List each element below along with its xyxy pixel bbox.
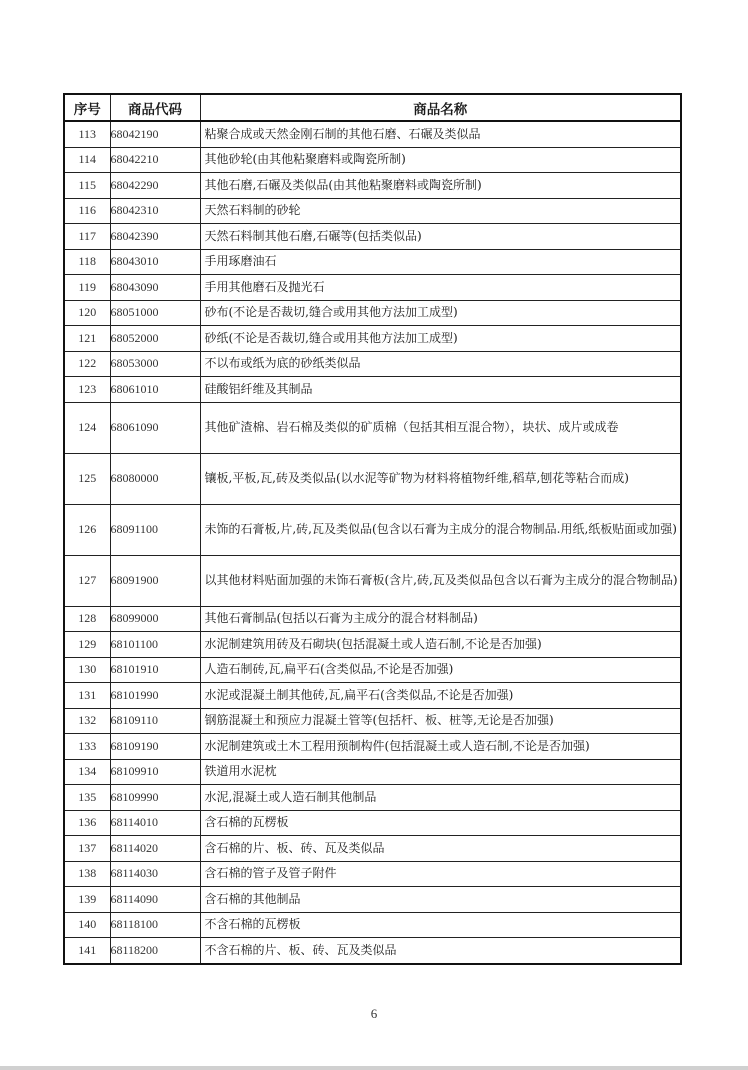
goods-code-cell: 68091900	[110, 555, 200, 606]
goods-name-cell: 天然石料制的砂轮	[200, 198, 681, 224]
goods-code-cell: 68080000	[110, 453, 200, 504]
serial-number-cell: 139	[64, 887, 110, 913]
goods-code-cell: 68118200	[110, 938, 200, 964]
goods-name-cell: 手用琢磨油石	[200, 249, 681, 275]
goods-code-cell: 68114030	[110, 861, 200, 887]
goods-code-cell: 68043090	[110, 275, 200, 301]
table-row: 13368109190水泥制建筑或土木工程用预制构件(包括混凝土或人造石制,不论…	[64, 734, 681, 760]
goods-name-cell: 天然石料制其他石磨,石碾等(包括类似品)	[200, 224, 681, 250]
serial-number-cell: 113	[64, 121, 110, 147]
table-row: 13468109910铁道用水泥枕	[64, 759, 681, 785]
goods-code-cell: 68099000	[110, 606, 200, 632]
table-row: 11368042190粘聚合成或天然金刚石制的其他石磨、石碾及类似品	[64, 121, 681, 147]
goods-name-cell: 含石棉的瓦楞板	[200, 810, 681, 836]
goods-name-cell: 水泥制建筑或土木工程用预制构件(包括混凝土或人造石制,不论是否加强)	[200, 734, 681, 760]
table-row: 11668042310天然石料制的砂轮	[64, 198, 681, 224]
header-serial-number: 序号	[64, 94, 110, 121]
serial-number-cell: 128	[64, 606, 110, 632]
goods-name-cell: 未饰的石膏板,片,砖,瓦及类似品(包含以石膏为主成分的混合物制品.用纸,纸板贴面…	[200, 504, 681, 555]
table-body: 11368042190粘聚合成或天然金刚石制的其他石磨、石碾及类似品114680…	[64, 121, 681, 964]
serial-number-cell: 115	[64, 173, 110, 199]
serial-number-cell: 141	[64, 938, 110, 964]
serial-number-cell: 121	[64, 326, 110, 352]
serial-number-cell: 138	[64, 861, 110, 887]
goods-code-cell: 68109190	[110, 734, 200, 760]
serial-number-cell: 118	[64, 249, 110, 275]
goods-code-cell: 68051000	[110, 300, 200, 326]
goods-code-cell: 68118100	[110, 912, 200, 938]
table-row: 13868114030含石棉的管子及管子附件	[64, 861, 681, 887]
goods-name-cell: 其他矿渣棉、岩石棉及类似的矿质棉（包括其相互混合物），块状、成片或成卷	[200, 402, 681, 453]
goods-code-cell: 68101910	[110, 657, 200, 683]
table-row: 12568080000镶板,平板,瓦,砖及类似品(以水泥等矿物为材料将植物纤维,…	[64, 453, 681, 504]
goods-name-cell: 砂纸(不论是否裁切,缝合或用其他方法加工成型)	[200, 326, 681, 352]
page-number: 6	[0, 1006, 748, 1022]
serial-number-cell: 129	[64, 632, 110, 658]
serial-number-cell: 136	[64, 810, 110, 836]
header-goods-code: 商品代码	[110, 94, 200, 121]
page-bottom-edge	[0, 1066, 748, 1070]
table-row: 13968114090含石棉的其他制品	[64, 887, 681, 913]
serial-number-cell: 114	[64, 147, 110, 173]
serial-number-cell: 127	[64, 555, 110, 606]
goods-name-cell: 含石棉的管子及管子附件	[200, 861, 681, 887]
goods-code-cell: 68109990	[110, 785, 200, 811]
serial-number-cell: 120	[64, 300, 110, 326]
goods-name-cell: 手用其他磨石及抛光石	[200, 275, 681, 301]
table-row: 12968101100水泥制建筑用砖及石砌块(包括混凝土或人造石制,不论是否加强…	[64, 632, 681, 658]
goods-name-cell: 含石棉的片、板、砖、瓦及类似品	[200, 836, 681, 862]
serial-number-cell: 134	[64, 759, 110, 785]
table-row: 13168101990水泥或混凝土制其他砖,瓦,扁平石(含类似品,不论是否加强)	[64, 683, 681, 709]
table-row: 13568109990水泥,混凝土或人造石制其他制品	[64, 785, 681, 811]
goods-name-cell: 砂布(不论是否裁切,缝合或用其他方法加工成型)	[200, 300, 681, 326]
serial-number-cell: 119	[64, 275, 110, 301]
goods-name-cell: 不含石棉的片、板、砖、瓦及类似品	[200, 938, 681, 964]
goods-name-cell: 镶板,平板,瓦,砖及类似品(以水泥等矿物为材料将植物纤维,稻草,刨花等粘合而成)	[200, 453, 681, 504]
goods-code-cell: 68061090	[110, 402, 200, 453]
goods-name-cell: 人造石制砖,瓦,扁平石(含类似品,不论是否加强)	[200, 657, 681, 683]
goods-name-cell: 铁道用水泥枕	[200, 759, 681, 785]
table-row: 12668091100未饰的石膏板,片,砖,瓦及类似品(包含以石膏为主成分的混合…	[64, 504, 681, 555]
table-row: 13268109110钢筋混凝土和预应力混凝土管等(包括杆、板、桩等,无论是否加…	[64, 708, 681, 734]
goods-name-cell: 含石棉的其他制品	[200, 887, 681, 913]
document-page: 序号 商品代码 商品名称 11368042190粘聚合成或天然金刚石制的其他石磨…	[0, 0, 748, 1066]
table-row: 11768042390天然石料制其他石磨,石碾等(包括类似品)	[64, 224, 681, 250]
goods-code-cell: 68114010	[110, 810, 200, 836]
table-row: 12068051000砂布(不论是否裁切,缝合或用其他方法加工成型)	[64, 300, 681, 326]
table-header-row: 序号 商品代码 商品名称	[64, 94, 681, 121]
goods-code-cell: 68114020	[110, 836, 200, 862]
goods-code-cell: 68043010	[110, 249, 200, 275]
goods-name-cell: 水泥制建筑用砖及石砌块(包括混凝土或人造石制,不论是否加强)	[200, 632, 681, 658]
serial-number-cell: 131	[64, 683, 110, 709]
goods-code-cell: 68042290	[110, 173, 200, 199]
serial-number-cell: 137	[64, 836, 110, 862]
header-goods-name: 商品名称	[200, 94, 681, 121]
goods-code-cell: 68042190	[110, 121, 200, 147]
goods-code-cell: 68109910	[110, 759, 200, 785]
goods-code-cell: 68042210	[110, 147, 200, 173]
goods-name-cell: 水泥,混凝土或人造石制其他制品	[200, 785, 681, 811]
table-row: 11468042210其他砂轮(由其他粘聚磨料或陶瓷所制)	[64, 147, 681, 173]
table-row: 11968043090手用其他磨石及抛光石	[64, 275, 681, 301]
table-row: 12768091900以其他材料贴面加强的未饰石膏板(含片,砖,瓦及类似品包含以…	[64, 555, 681, 606]
goods-name-cell: 硅酸铝纤维及其制品	[200, 377, 681, 403]
serial-number-cell: 132	[64, 708, 110, 734]
goods-code-cell: 68114090	[110, 887, 200, 913]
table-row: 12268053000不以布或纸为底的砂纸类似品	[64, 351, 681, 377]
goods-name-cell: 以其他材料贴面加强的未饰石膏板(含片,砖,瓦及类似品包含以石膏为主成分的混合物制…	[200, 555, 681, 606]
goods-name-cell: 不以布或纸为底的砂纸类似品	[200, 351, 681, 377]
goods-code-cell: 68052000	[110, 326, 200, 352]
serial-number-cell: 125	[64, 453, 110, 504]
serial-number-cell: 116	[64, 198, 110, 224]
table-row: 13068101910人造石制砖,瓦,扁平石(含类似品,不论是否加强)	[64, 657, 681, 683]
table-row: 11568042290其他石磨,石碾及类似品(由其他粘聚磨料或陶瓷所制)	[64, 173, 681, 199]
goods-table: 序号 商品代码 商品名称 11368042190粘聚合成或天然金刚石制的其他石磨…	[63, 93, 682, 965]
serial-number-cell: 123	[64, 377, 110, 403]
table-row: 12368061010硅酸铝纤维及其制品	[64, 377, 681, 403]
goods-code-cell: 68109110	[110, 708, 200, 734]
table-row: 14168118200不含石棉的片、板、砖、瓦及类似品	[64, 938, 681, 964]
goods-code-cell: 68101100	[110, 632, 200, 658]
serial-number-cell: 124	[64, 402, 110, 453]
serial-number-cell: 133	[64, 734, 110, 760]
goods-name-cell: 其他石磨,石碾及类似品(由其他粘聚磨料或陶瓷所制)	[200, 173, 681, 199]
serial-number-cell: 140	[64, 912, 110, 938]
table-row: 12168052000砂纸(不论是否裁切,缝合或用其他方法加工成型)	[64, 326, 681, 352]
table-row: 12868099000其他石膏制品(包括以石膏为主成分的混合材料制品)	[64, 606, 681, 632]
goods-name-cell: 其他石膏制品(包括以石膏为主成分的混合材料制品)	[200, 606, 681, 632]
goods-code-cell: 68091100	[110, 504, 200, 555]
serial-number-cell: 122	[64, 351, 110, 377]
goods-name-cell: 水泥或混凝土制其他砖,瓦,扁平石(含类似品,不论是否加强)	[200, 683, 681, 709]
goods-code-cell: 68101990	[110, 683, 200, 709]
serial-number-cell: 130	[64, 657, 110, 683]
goods-name-cell: 粘聚合成或天然金刚石制的其他石磨、石碾及类似品	[200, 121, 681, 147]
table-row: 13668114010含石棉的瓦楞板	[64, 810, 681, 836]
table-row: 12468061090其他矿渣棉、岩石棉及类似的矿质棉（包括其相互混合物），块状…	[64, 402, 681, 453]
goods-code-cell: 68042310	[110, 198, 200, 224]
goods-name-cell: 不含石棉的瓦楞板	[200, 912, 681, 938]
table-row: 13768114020含石棉的片、板、砖、瓦及类似品	[64, 836, 681, 862]
table-row: 14068118100不含石棉的瓦楞板	[64, 912, 681, 938]
goods-name-cell: 钢筋混凝土和预应力混凝土管等(包括杆、板、桩等,无论是否加强)	[200, 708, 681, 734]
goods-code-cell: 68042390	[110, 224, 200, 250]
serial-number-cell: 126	[64, 504, 110, 555]
serial-number-cell: 117	[64, 224, 110, 250]
goods-code-cell: 68061010	[110, 377, 200, 403]
table-row: 11868043010手用琢磨油石	[64, 249, 681, 275]
serial-number-cell: 135	[64, 785, 110, 811]
goods-code-cell: 68053000	[110, 351, 200, 377]
goods-name-cell: 其他砂轮(由其他粘聚磨料或陶瓷所制)	[200, 147, 681, 173]
